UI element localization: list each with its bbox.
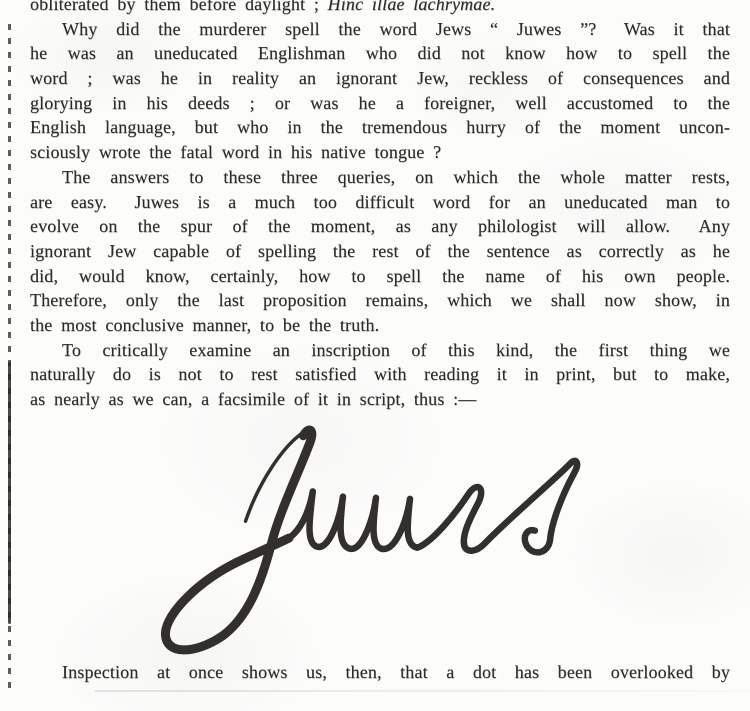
- text-line: The answers to these three queries, on w…: [30, 165, 730, 190]
- text-line: Why did the murderer spell the word Jews…: [30, 17, 730, 42]
- text-line: glorying in his deeds ; or was he a fore…: [30, 91, 730, 116]
- uwes-stroke: [287, 461, 579, 559]
- j-stroke: [160, 430, 317, 650]
- text-line: as nearly as we can, a facsimile of it i…: [30, 387, 730, 412]
- scanned-book-page: { "document": { "kind": "scanned printed…: [0, 0, 750, 711]
- page-edge-solid-line: [8, 362, 11, 624]
- text-line: To critically examine an inscription of …: [30, 338, 730, 363]
- juwes-script-figure: [125, 412, 613, 663]
- juwes-handwriting-svg: [125, 412, 613, 663]
- text-line: are easy. Juwes is a much too difficult …: [30, 190, 730, 215]
- text-line: did, would know, certainly, how to spell…: [30, 264, 730, 289]
- text-line: sciously wrote the fatal word in his nat…: [30, 140, 730, 165]
- text-line: English language, but who in the tremend…: [30, 115, 730, 140]
- text-line: naturally do is not to rest satisfied wi…: [30, 362, 730, 387]
- text-line: ignorant Jew capable of spelling the res…: [30, 239, 730, 264]
- text-line: Therefore, only the last proposition rem…: [30, 288, 730, 313]
- text-line: the most conclusive manner, to be the tr…: [30, 313, 730, 338]
- text-line: obliterated by them before daylight ; Hi…: [30, 0, 730, 17]
- text-line: evolve on the spur of the moment, as any…: [30, 214, 730, 239]
- text-line-latin-italic: Hinc illae lachrymae.: [328, 0, 496, 14]
- text-line: word ; was he in reality an ignorant Jew…: [30, 66, 730, 91]
- text-line-normal: obliterated by them before daylight ;: [30, 0, 328, 14]
- bottom-scan-smudge: [95, 690, 750, 692]
- text-line-bottom: Inspection at once shows us, then, that …: [30, 660, 730, 685]
- body-text-column: obliterated by them before daylight ; Hi…: [30, 0, 730, 412]
- text-line: he was an uneducated Englishman who did …: [30, 41, 730, 66]
